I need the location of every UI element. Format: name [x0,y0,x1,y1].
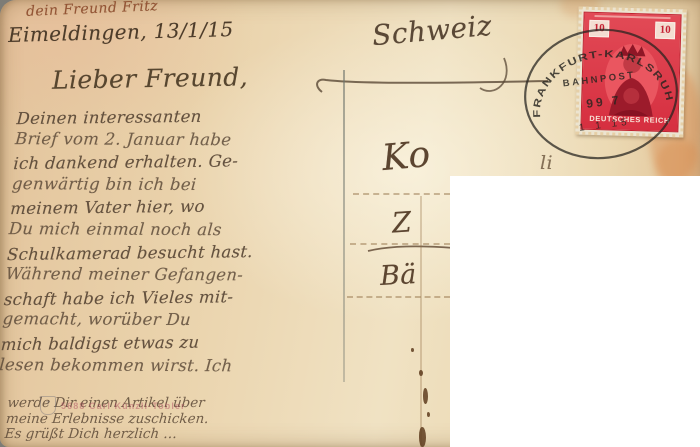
address-rule-3 [347,296,450,298]
postcard-paper: dein Freund Fritz Eimeldingen, 13/1/15 L… [0,0,700,447]
message-line: Es grüßt Dich herzlich … [4,427,350,443]
foxing-spot [427,412,430,417]
message-line: lesen bekommen wirst. Ich [0,354,340,378]
watermark-shield-icon: T [40,396,56,415]
foxing-spot [419,427,426,447]
message-line: ich dankend erhalten. Ge- [13,149,355,176]
message-line: gemacht, worüber Du [2,308,344,332]
destination-country: Schweiz [371,9,493,52]
railway-postmark: FRANKFURT-KARLSRUHE-BASEL BAHNPOST 99 7 … [505,12,697,172]
dateline: Eimeldingen, 13/1/15 [8,17,234,47]
address-line1-initial: Ko [380,134,432,179]
message-line: Du mich einmal noch als [8,218,350,242]
message-line: Schulkamerad besucht hast. [6,239,348,266]
sender-note: dein Freund Fritz [26,0,159,20]
postmark-date: 1 1 15 [578,117,631,134]
foxing-spot [411,348,414,352]
redaction-box [450,176,700,447]
message-line: Deinen interessanten [16,104,358,131]
salutation: Lieber Freund, [52,62,248,94]
address-rule-2 [350,243,450,245]
foxing-spot [423,388,428,404]
crease-line [420,196,422,447]
foxing-spot [419,370,423,376]
message-line: mich baldigst etwas zu [0,330,342,357]
postmark-train-number: 99 7 [586,93,623,111]
postmark-bahnpost-text: BAHNPOST [562,70,636,90]
address-rule-1 [353,193,450,195]
postcard-scan: dein Freund Fritz Eimeldingen, 13/1/15 L… [0,0,700,447]
message-line: Brief vom 2. Januar habe [14,128,356,152]
address-line2-fragment: Z [391,205,413,239]
address-line3-fragment: Bä [379,259,417,292]
message-line: meinem Vater hier, wo [10,194,352,221]
watermark-text: 5688 Carl Künzli-Tobler [61,401,186,411]
message-body: Deinen interessanten Brief vom 2. Januar… [0,106,357,377]
collector-watermark: T 5688 Carl Künzli-Tobler [40,396,186,415]
postmark-oval-group: FRANKFURT-KARLSRUHE-BASEL BAHNPOST 99 7 … [505,12,684,170]
message-line: Während meiner Gefangen- [5,263,347,287]
